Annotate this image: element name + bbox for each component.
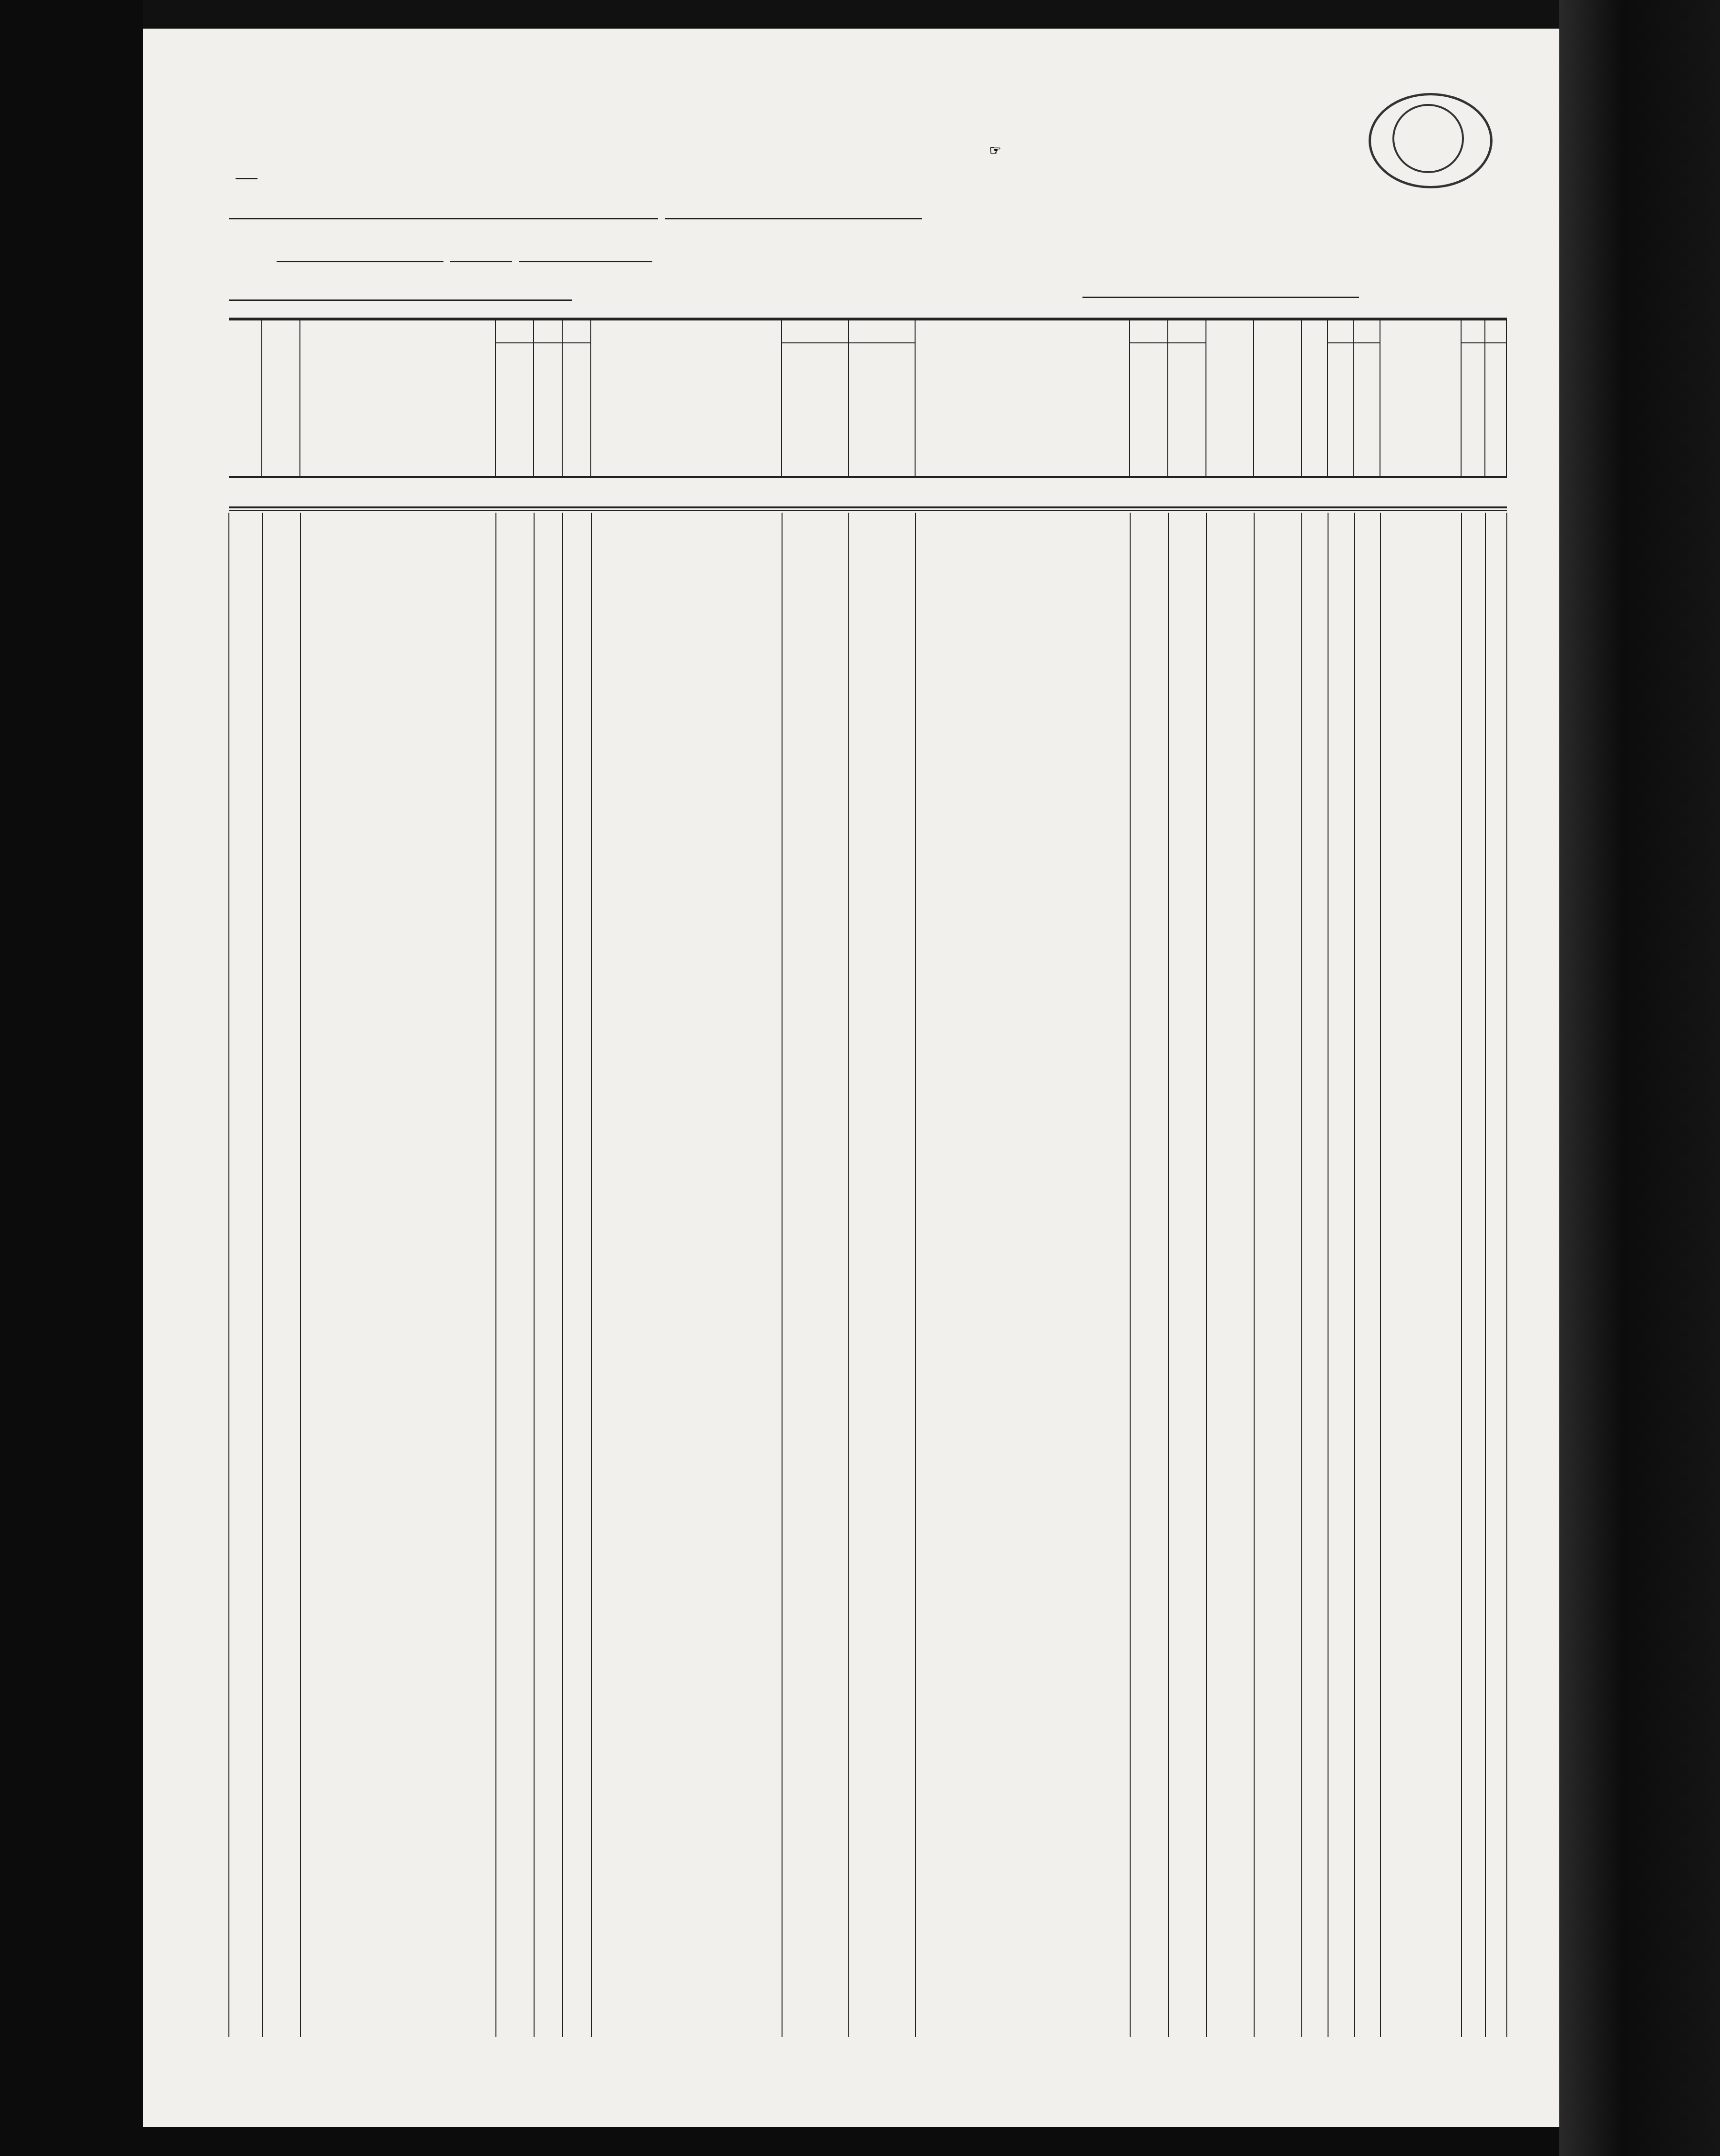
pointing-hand-icon: ☞ bbox=[989, 144, 1001, 158]
column-number-1 bbox=[229, 479, 262, 508]
column-divider bbox=[1206, 513, 1207, 2037]
column-divider bbox=[562, 513, 563, 2037]
post-office-line bbox=[229, 279, 572, 307]
column-header-dwelling-number bbox=[229, 320, 262, 477]
column-number-7 bbox=[591, 479, 782, 508]
column-header-born-within-year bbox=[1206, 320, 1254, 477]
column-header-disability bbox=[1380, 320, 1462, 477]
column-divider bbox=[300, 513, 301, 2037]
column-divider bbox=[1354, 513, 1355, 2037]
column-number-9 bbox=[849, 479, 916, 508]
column-header-family-number bbox=[262, 320, 300, 477]
column-number-4 bbox=[496, 479, 534, 508]
column-divider bbox=[1168, 513, 1169, 2037]
county-field bbox=[665, 218, 922, 219]
column-number-19 bbox=[1462, 479, 1485, 508]
column-divider bbox=[1461, 513, 1462, 2037]
column-group-constitutional bbox=[1462, 320, 1507, 343]
column-number-12 bbox=[1168, 479, 1206, 508]
column-group-description bbox=[496, 320, 591, 343]
column-number-3 bbox=[300, 479, 496, 508]
page-number bbox=[236, 144, 257, 179]
enumeration-line bbox=[277, 238, 652, 269]
day-field bbox=[450, 261, 512, 262]
column-number-6 bbox=[563, 479, 591, 508]
marshal-line bbox=[1082, 279, 1359, 303]
column-header-person-name bbox=[300, 320, 496, 477]
state-field bbox=[277, 261, 443, 262]
column-group-parentage bbox=[1130, 320, 1206, 343]
column-divider bbox=[782, 513, 783, 2037]
column-number-5 bbox=[534, 479, 563, 508]
column-number-15 bbox=[1302, 479, 1328, 508]
schedule-line bbox=[229, 196, 922, 226]
column-divider bbox=[228, 513, 229, 2037]
column-divider bbox=[1328, 513, 1329, 2037]
column-group-value-real-estate bbox=[782, 320, 916, 343]
column-number-10 bbox=[916, 479, 1130, 508]
column-divider bbox=[1301, 513, 1302, 2037]
header-rule bbox=[229, 476, 1507, 478]
post-office-field bbox=[229, 299, 572, 301]
inquiries-note: ☞ bbox=[486, 143, 1507, 159]
column-header-married-within-year bbox=[1254, 320, 1302, 477]
column-number-13 bbox=[1206, 479, 1254, 508]
column-divider bbox=[1380, 513, 1381, 2037]
column-number-2 bbox=[262, 479, 300, 508]
column-group-education bbox=[1328, 320, 1380, 343]
column-divider bbox=[534, 513, 535, 2037]
column-number-16 bbox=[1328, 479, 1354, 508]
column-divider bbox=[1485, 513, 1486, 2037]
column-number-17 bbox=[1354, 479, 1380, 508]
scan-border-right bbox=[1559, 0, 1720, 2156]
column-divider bbox=[1506, 513, 1507, 2037]
column-number-14 bbox=[1254, 479, 1302, 508]
body-top-rule bbox=[229, 506, 1507, 511]
column-number-11 bbox=[1130, 479, 1168, 508]
column-divider bbox=[495, 513, 496, 2037]
column-divider bbox=[1130, 513, 1131, 2037]
page-number-label bbox=[229, 143, 257, 178]
column-divider bbox=[262, 513, 263, 2037]
column-number-18 bbox=[1380, 479, 1462, 508]
township-field bbox=[229, 218, 658, 219]
column-header-occupation bbox=[591, 320, 782, 477]
month-field bbox=[519, 261, 652, 262]
column-divider bbox=[915, 513, 916, 2037]
column-divider bbox=[848, 513, 849, 2037]
marshal-signature bbox=[1082, 297, 1359, 298]
received-date-stamp bbox=[1369, 93, 1493, 188]
column-number-20 bbox=[1485, 479, 1507, 508]
column-number-8 bbox=[782, 479, 849, 508]
column-header-attended-school bbox=[1302, 320, 1328, 477]
column-divider bbox=[591, 513, 592, 2037]
column-divider bbox=[1254, 513, 1255, 2037]
column-header-birthplace bbox=[916, 320, 1130, 477]
